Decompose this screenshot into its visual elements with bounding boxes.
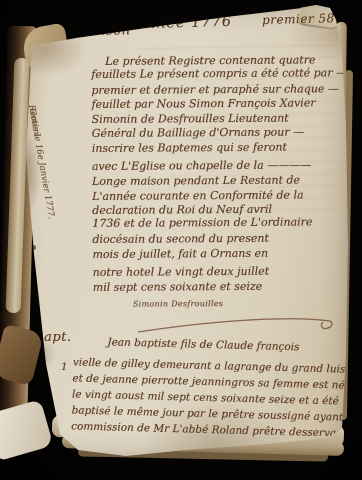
certificate-line: Longe maison pendant Le Restant de [92, 174, 300, 187]
ink-bleedthrough-2 [166, 68, 336, 218]
overleaf-folio-fragment: 2me 62 [232, 1, 342, 12]
manuscript-page: 2me 62 Longemaison année 1776 premier 58… [16, 4, 350, 460]
photographed-register-scene: 2me 62 Longemaison année 1776 premier 58… [0, 0, 362, 480]
margin-note-signature: Goteni [27, 108, 59, 234]
marginal-remittance-note: Remis le 16e Janvier 1777. Goteni [26, 104, 58, 234]
certificate-line: 1736 et de la permission de L'ordinaire [92, 216, 312, 230]
certificate-line: Le présent Registre contenant quatre [105, 54, 315, 67]
baptism-line: vielle de gilley demeurant a lagrange du… [73, 356, 346, 375]
baptism-act-entry: Jean baptiste fils de Claude françois vi… [70, 330, 351, 457]
certificate-line: Général du Bailliage d'Ornans pour — [92, 126, 304, 139]
baptism-line: Jean baptiste fils de Claude françois [107, 336, 299, 353]
ink-bleedthrough [136, 42, 336, 66]
baptism-line: commission de Mr L'abbé Roland prêtre de… [71, 420, 347, 439]
certificate-line: feuillet par Nous Simon François Xavier [91, 97, 315, 111]
top-right-curled-corner [299, 1, 342, 30]
header-folio-number: premier 58 [262, 11, 335, 27]
margin-note-line: Remis le 16e Janvier 1777. [26, 104, 56, 220]
baptism-line: le vingt aoust mil sept cens soixante se… [72, 388, 339, 407]
header-year: année 1776 [136, 14, 232, 33]
certificate-line: avec L'Eglise ou chapelle de la ———— [92, 159, 311, 173]
left-folded-corner [0, 324, 44, 386]
baptism-line: baptisé le même jour par le prêtre souss… [71, 404, 343, 423]
opening-certificate-paragraph: Le présent Registre contenant quatre feu… [91, 51, 347, 323]
ink-flourish-stroke [134, 312, 344, 338]
baptism-line: et de jeanne pierrotte jeanningros sa fe… [72, 372, 345, 391]
certificate-line: notre hotel Le vingt deux juillet [93, 266, 270, 279]
certificate-line: premier et dernier et paraphé sur chaque… [91, 83, 339, 97]
baptism-margin-numeral: 1 [61, 362, 67, 373]
certificate-line: L'année courante en Conformité de la [92, 189, 304, 202]
certificate-line: declaration du Roi du Neuf avril [92, 204, 272, 217]
certificate-line: feuillets Le présent compris a été cotté… [91, 67, 347, 81]
ink-spot [32, 245, 36, 250]
certificate-line: mois de juillet, fait a Ornans en [92, 248, 268, 261]
lieutenant-general-signature: Simonin Desfrouilles [133, 299, 223, 309]
bottom-left-paper-tab [0, 399, 54, 461]
certificate-line: mil sept cens soixante et seize [93, 281, 263, 294]
certificate-line: Simonin de Desfrouilles Lieutenant [91, 113, 288, 126]
certificate-line: diocésain du second du present [92, 233, 269, 246]
certificate-line: inscrire les Baptemes qui se feront [92, 142, 287, 155]
